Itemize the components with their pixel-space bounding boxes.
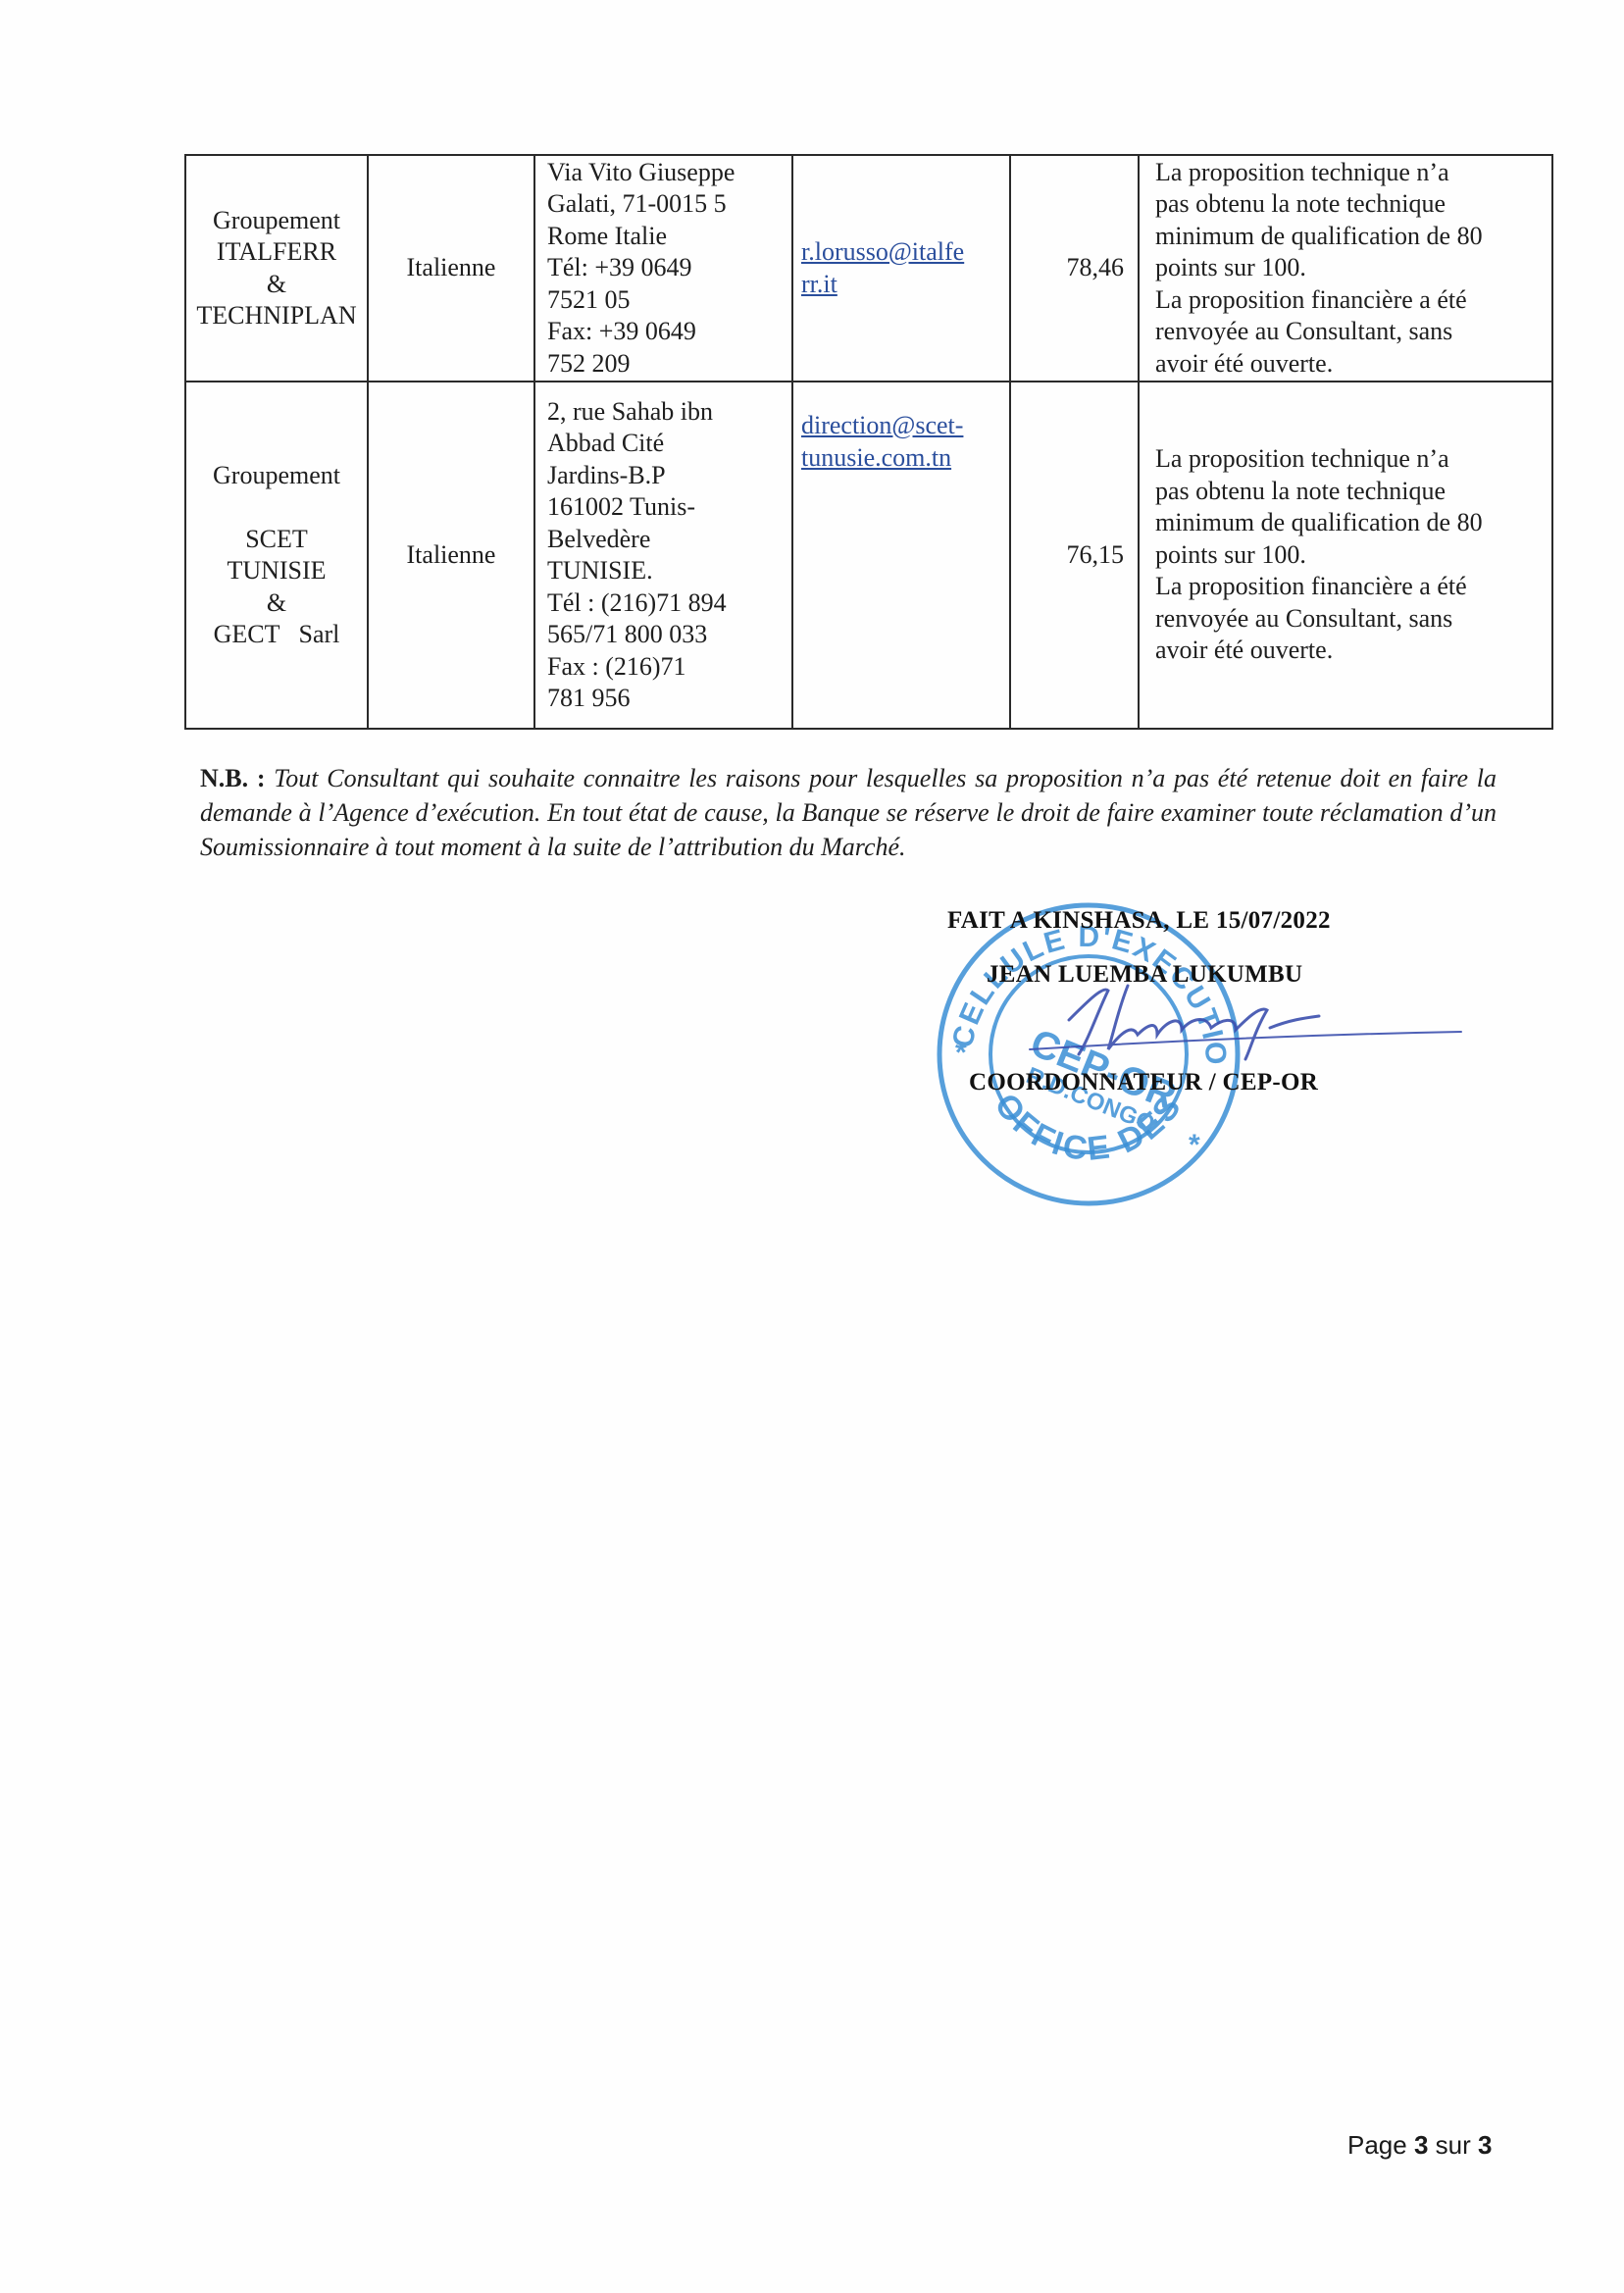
note-paragraph: N.B. : Tout Consultant qui souhaite conn… [200,761,1497,864]
observation-line: renvoyée au Consultant, sans [1155,316,1551,348]
total-pages: 3 [1478,2130,1492,2160]
observation-line: points sur 100. [1155,252,1551,284]
observation-line: La proposition technique n’a [1155,443,1551,476]
address-line: Abbad Cité [547,428,791,460]
address-line: Rome Italie [547,221,791,253]
observation-line: pas obtenu la note technique [1155,476,1551,508]
address-line: Via Vito Giuseppe [547,157,791,189]
nationality-cell: Italienne [368,155,534,382]
address-line: Fax : (216)71 [547,651,791,684]
email-link[interactable]: direction@scet- tunusie.com.tn [801,410,1009,474]
consultant-name-cell: Groupement ITALFERR & TECHNIPLAN [185,155,368,382]
page-number: Page 3 sur 3 [1347,2130,1493,2161]
page-prefix: Page [1347,2130,1407,2160]
consultant-name-cell: Groupement SCET TUNISIE & GECT Sarl [185,382,368,729]
address-line: Fax: +39 0649 [547,316,791,348]
email-cell: r.lorusso@italfe rr.it [792,155,1010,382]
observation-line: minimum de qualification de 80 [1155,507,1551,539]
observation-line: renvoyée au Consultant, sans [1155,603,1551,636]
observation-line: La proposition technique n’a [1155,157,1551,189]
observation-line: pas obtenu la note technique [1155,188,1551,221]
observation-cell: La proposition technique n’a pas obtenu … [1139,382,1552,729]
address-cell: 2, rue Sahab ibn Abbad Cité Jardins-B.P … [534,382,792,729]
observation-cell: La proposition technique n’a pas obtenu … [1139,155,1552,382]
observation-line: La proposition financière a été [1155,571,1551,603]
name-line: Groupement [186,460,367,492]
name-line: Groupement [186,205,367,237]
table-row: Groupement ITALFERR & TECHNIPLAN Italien… [185,155,1552,382]
address-line: Belvedère [547,524,791,556]
address-cell: Via Vito Giuseppe Galati, 71-0015 5 Rome… [534,155,792,382]
name-line: & [186,269,367,301]
observation-line: minimum de qualification de 80 [1155,221,1551,253]
address-line: TUNISIE. [547,555,791,587]
table-row: Groupement SCET TUNISIE & GECT Sarl Ital… [185,382,1552,729]
score-cell: 76,15 [1010,382,1139,729]
spacer [186,491,367,524]
current-page: 3 [1414,2130,1428,2160]
name-line: GECT Sarl [186,619,367,651]
address-line: 7521 05 [547,284,791,317]
results-table: Groupement ITALFERR & TECHNIPLAN Italien… [184,154,1553,730]
name-line: TUNISIE [186,555,367,587]
email-line: rr.it [801,269,1009,301]
email-cell: direction@scet- tunusie.com.tn [792,382,1010,729]
note-label: N.B. : [200,764,266,792]
place-date: FAIT A KINSHASA, LE 15/07/2022 [947,907,1331,935]
score-cell: 78,46 [1010,155,1139,382]
svg-text:*: * [955,1037,967,1069]
email-link[interactable]: r.lorusso@italfe rr.it [801,236,1009,300]
name-line: ITALFERR [186,236,367,269]
observation-line: points sur 100. [1155,539,1551,572]
observation-line: avoir été ouverte. [1155,635,1551,667]
signature-scribble-icon [1010,981,1471,1069]
page-separator: sur [1436,2130,1471,2160]
name-line: SCET [186,524,367,556]
signatory-title: COORDONNATEUR / CEP-OR [969,1069,1318,1096]
address-line: 2, rue Sahab ibn [547,396,791,429]
address-line: 781 956 [547,683,791,715]
signatory-name: JEAN LUEMBA LUKUMBU [987,961,1302,989]
svg-text:*: * [1189,1129,1200,1161]
address-line: Tél : (216)71 894 [547,587,791,620]
address-line: Galati, 71-0015 5 [547,188,791,221]
address-line: Jardins-B.P [547,460,791,492]
observation-line: La proposition financière a été [1155,284,1551,317]
note-text: Tout Consultant qui souhaite connaitre l… [200,764,1497,861]
nationality-cell: Italienne [368,382,534,729]
email-line: direction@scet- [801,410,1009,442]
name-line: TECHNIPLAN [186,300,367,332]
address-line: 565/71 800 033 [547,619,791,651]
observation-line: avoir été ouverte. [1155,348,1551,381]
address-line: 752 209 [547,348,791,381]
name-line: & [186,587,367,620]
address-line: Tél: +39 0649 [547,252,791,284]
address-line: 161002 Tunis- [547,491,791,524]
email-line: r.lorusso@italfe [801,236,1009,269]
email-line: tunusie.com.tn [801,442,1009,475]
